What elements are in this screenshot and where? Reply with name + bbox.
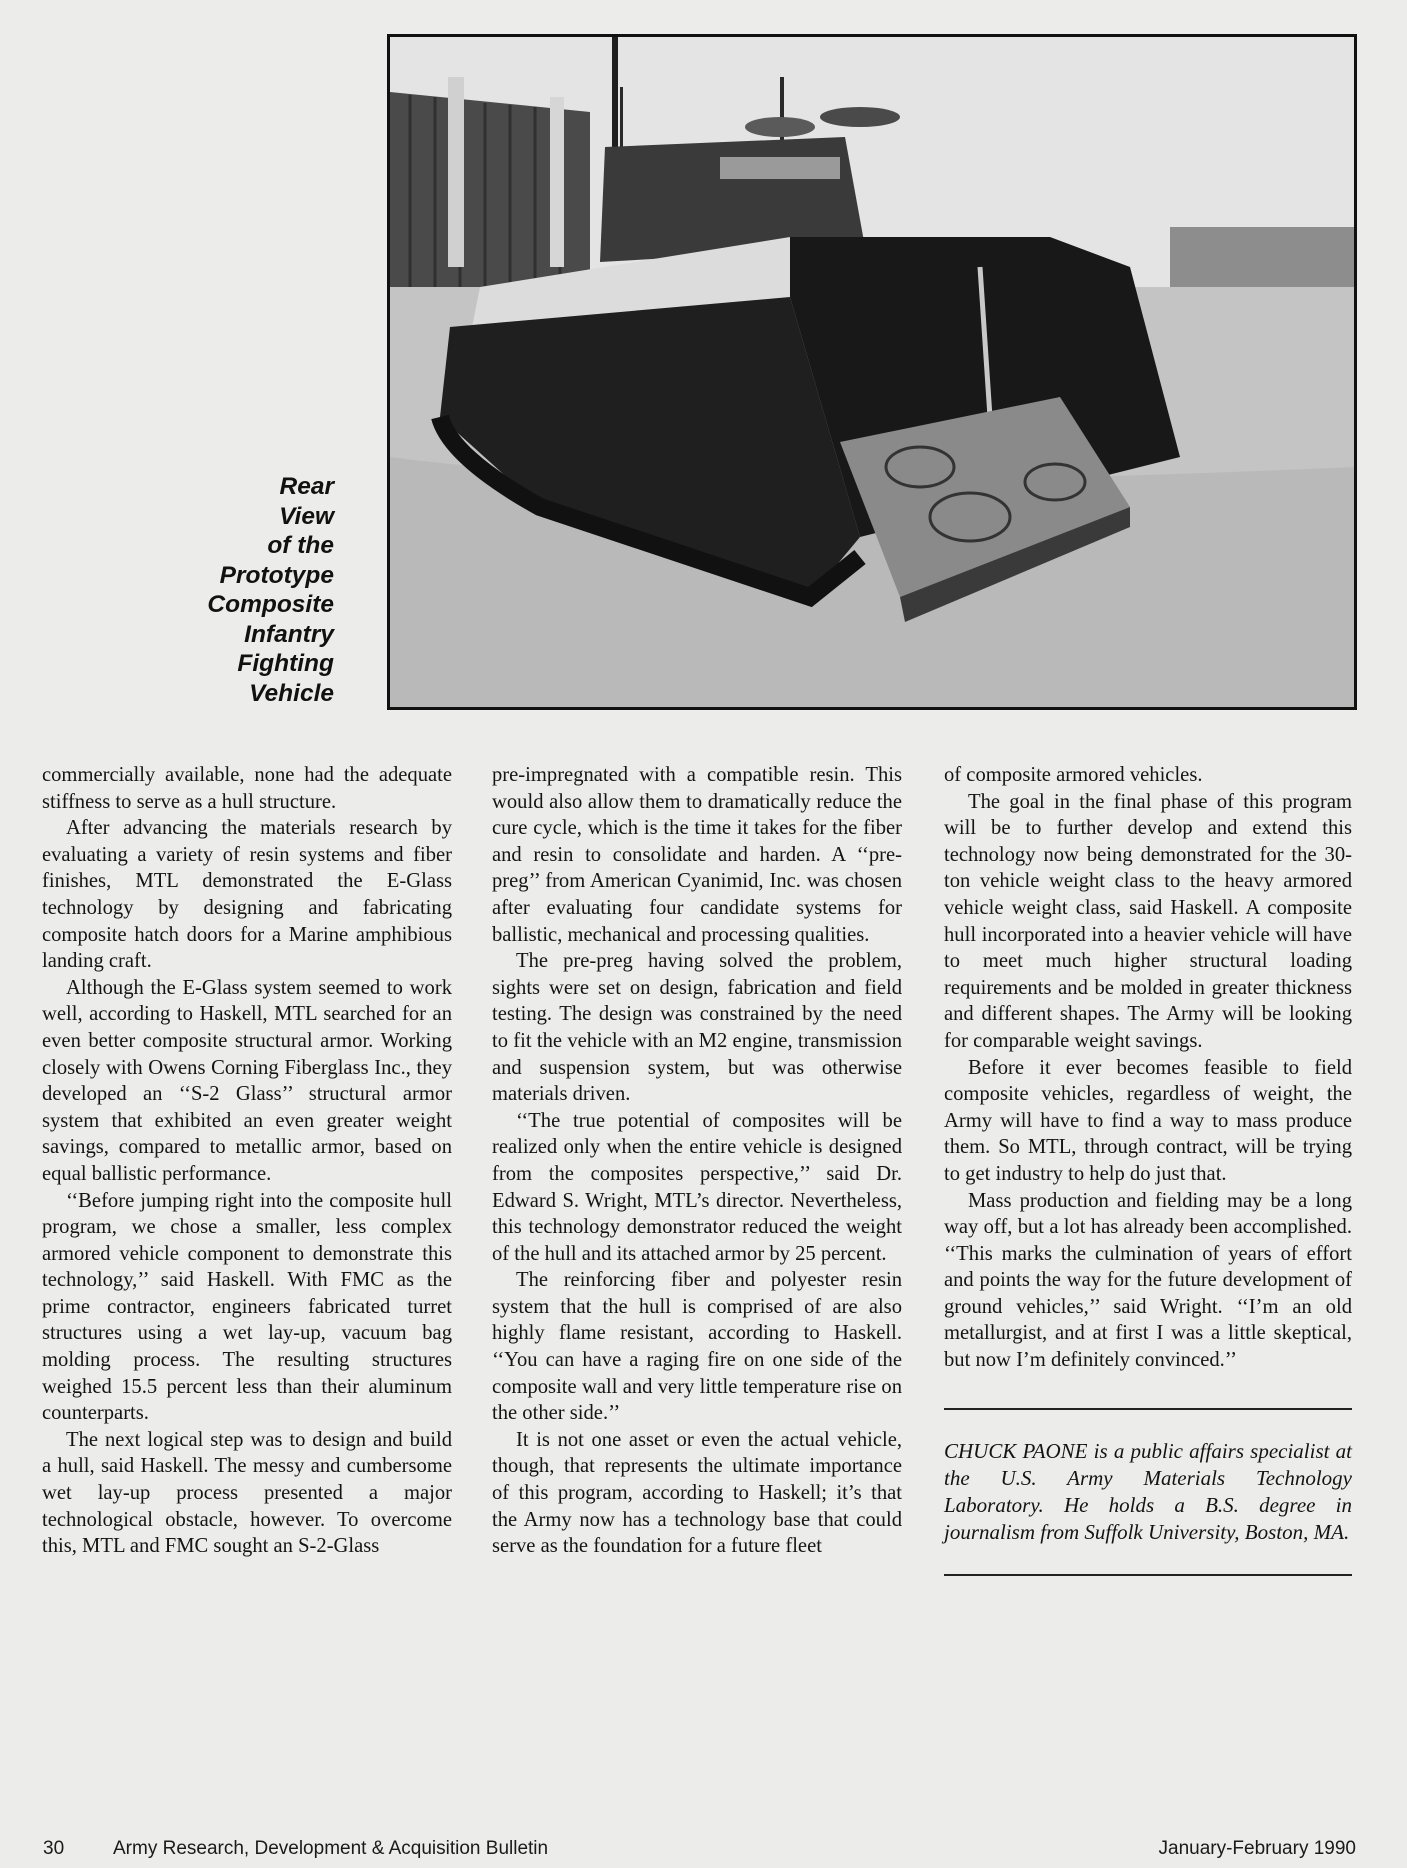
caption-line: Infantry [100, 620, 334, 650]
page-number: 30 [43, 1838, 64, 1860]
issue-date: January-February 1990 [1159, 1838, 1357, 1860]
paragraph: After advancing the materials research b… [42, 815, 452, 975]
caption-line: Prototype [100, 561, 334, 591]
paragraph: The next logical step was to design and … [42, 1427, 452, 1560]
article-column-2: pre-impregnated with a compatible resin.… [492, 762, 902, 1560]
bio-top-divider [944, 1408, 1352, 1410]
caption-line: Vehicle [100, 679, 334, 709]
caption-line: of the [100, 531, 334, 561]
caption-line: Rear [100, 472, 334, 502]
paragraph: ‘‘The true potential of composites will … [492, 1108, 902, 1268]
paragraph: of composite armored vehicles. [944, 762, 1352, 789]
caption-line: View [100, 502, 334, 532]
vehicle-photo-illustration [390, 37, 1354, 707]
caption-line: Composite [100, 590, 334, 620]
paragraph: Before it ever becomes feasible to field… [944, 1055, 1352, 1188]
paragraph: ‘‘Before jumping right into the composit… [42, 1188, 452, 1427]
article-column-1: commercially available, none had the ade… [42, 762, 452, 1560]
paragraph: pre-impregnated with a compatible resin.… [492, 762, 902, 948]
article-column-3: of composite armored vehicles. The goal … [944, 762, 1352, 1576]
paragraph: commercially available, none had the ade… [42, 762, 452, 815]
author-bio: CHUCK PAONE is a public affairs speciali… [944, 1438, 1352, 1546]
paragraph: Although the E-Glass system seemed to wo… [42, 975, 452, 1188]
paragraph: Mass production and fielding may be a lo… [944, 1188, 1352, 1374]
paragraph: The pre-preg having solved the problem, … [492, 948, 902, 1108]
caption-line: Fighting [100, 649, 334, 679]
bio-bottom-divider [944, 1574, 1352, 1576]
paragraph: The goal in the final phase of this prog… [944, 789, 1352, 1055]
paragraph: It is not one asset or even the actual v… [492, 1427, 902, 1560]
paragraph: The reinforcing fiber and polyester resi… [492, 1267, 902, 1427]
publication-name: Army Research, Development & Acquisition… [113, 1838, 548, 1860]
photo-caption: Rear View of the Prototype Composite Inf… [100, 472, 334, 708]
vehicle-photo [387, 34, 1357, 710]
